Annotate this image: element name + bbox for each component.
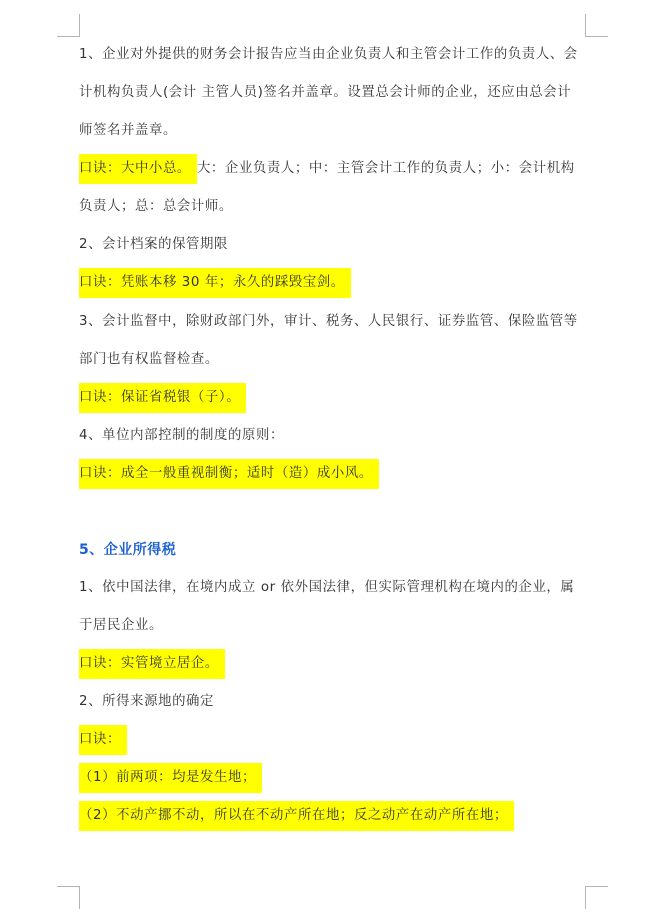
paragraph-line: 1、依中国法律，在境内成立 or 依外国法律，但实际管理机构在境内的企业，属 — [79, 573, 574, 603]
mnemonic-line: 口诀：成全一般重视制衡；适时（造）成小风。 — [79, 459, 379, 489]
mnemonic-line: 口诀：大中小总。大：企业负责人；中：主管会计工作的负责人；小：会计机构 — [79, 154, 575, 184]
paragraph-line: 1、企业对外提供的财务会计报告应当由企业负责人和主管会计工作的负责人、会 — [79, 40, 578, 70]
paragraph-line: 2、会计档案的保管期限 — [79, 230, 228, 260]
paragraph-line: 计机构负责人(会计 主管人员)签名并盖章。设置总会计师的企业，还应由总会计 — [79, 78, 571, 108]
paragraph-line: 3、会计监督中，除财政部门外，审计、税务、人民银行、证券监管、保险监管等 — [79, 307, 578, 337]
mnemonic-line: （2）不动产挪不动，所以在不动产所在地；反之动产在动产所在地； — [79, 801, 514, 831]
mnemonic-explanation: 大：企业负责人；中：主管会计工作的负责人；小：会计机构 — [197, 161, 575, 176]
highlighted-mnemonic: 口诀：成全一般重视制衡；适时（造）成小风。 — [79, 459, 379, 489]
page-corner-mark-bottom-right — [585, 886, 608, 909]
mnemonic-line: 口诀：保证省税银（子）。 — [79, 383, 246, 413]
mnemonic-line: （1）前两项：均是发生地； — [79, 763, 262, 793]
paragraph-line: 部门也有权监督检查。 — [79, 345, 219, 375]
highlighted-mnemonic: 口诀：实管境立居企。 — [79, 649, 225, 679]
highlighted-mnemonic: 口诀：保证省税银（子）。 — [79, 383, 246, 413]
page-corner-mark-top-right — [585, 14, 608, 37]
paragraph-line: 2、所得来源地的确定 — [79, 687, 214, 717]
mnemonic-line: 口诀： — [79, 725, 127, 755]
mnemonic-line: 口诀：凭账本移 30 年；永久的踩毁宝剑。 — [79, 268, 351, 298]
section-heading: 5、企业所得税 — [79, 535, 176, 565]
paragraph-line: 师签名并盖章。 — [79, 116, 177, 146]
highlighted-mnemonic: 口诀：大中小总。 — [79, 154, 197, 184]
highlighted-mnemonic: 口诀： — [79, 725, 127, 755]
highlighted-mnemonic: （1）前两项：均是发生地； — [79, 763, 262, 793]
paragraph-line: 4、单位内部控制的制度的原则： — [79, 421, 284, 451]
page-corner-mark-top-left — [57, 14, 80, 37]
highlighted-mnemonic: （2）不动产挪不动，所以在不动产所在地；反之动产在动产所在地； — [79, 801, 514, 831]
paragraph-line: 于居民企业。 — [79, 611, 163, 641]
page-corner-mark-bottom-left — [57, 886, 80, 909]
mnemonic-line: 口诀：实管境立居企。 — [79, 649, 225, 679]
paragraph-line: 负责人；总：总会计师。 — [79, 192, 233, 222]
highlighted-mnemonic: 口诀：凭账本移 30 年；永久的踩毁宝剑。 — [79, 268, 351, 298]
